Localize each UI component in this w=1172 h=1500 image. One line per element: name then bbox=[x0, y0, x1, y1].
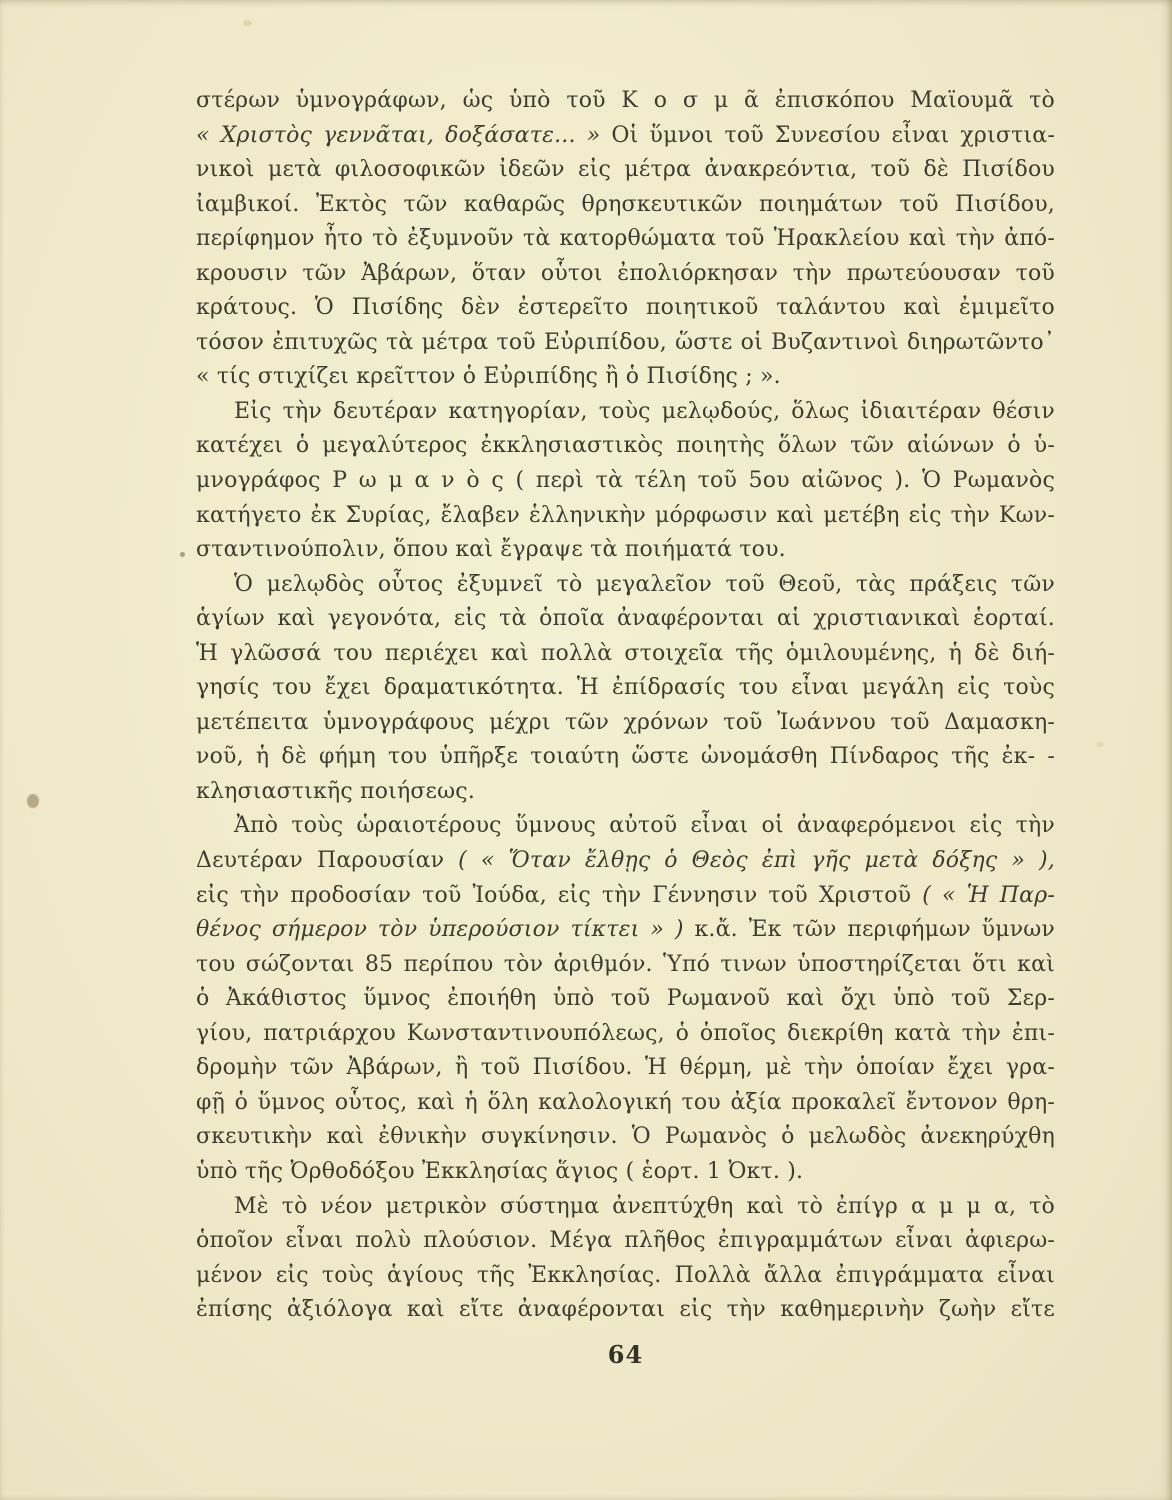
scanned-book-page: στέρων ὑμνογράφων, ὡς ὑπὸ τοῦ Κ ο σ μ ᾶ … bbox=[0, 0, 1172, 1500]
body-text: ὑπὸ τῆς Ὀρθοδόξου Ἐκκλησίας ἅγιος ( ἑορτ… bbox=[196, 1159, 803, 1184]
text-line: μετέπειτα ὑμνογράφους μέχρι τῶν χρόνων τ… bbox=[196, 706, 1055, 741]
text-line: Δευτέραν Παρουσίαν ( « Ὅταν ἔλθῃς ὁ Θεὸς… bbox=[196, 844, 1055, 879]
paper-speck bbox=[27, 794, 39, 808]
text-line: Ἀπὸ τοὺς ὡραιοτέρους ὕμνους αὐτοῦ εἶναι … bbox=[196, 809, 1055, 844]
body-text: Μὲ τὸ νέον μετρικὸν σύστημα ἀνεπτύχθη κα… bbox=[234, 1194, 1055, 1219]
quoted-italic-text: ( « Ἡ Παρ- bbox=[922, 883, 1055, 908]
paper-speck bbox=[243, 20, 252, 26]
text-line: μένον εἰς τοὺς ἁγίους τῆς Ἐκκλησίας. Πολ… bbox=[196, 1259, 1055, 1294]
body-text: του σώζονται 85 περίπου τὸν ἀριθμόν. Ὑπό… bbox=[196, 952, 1055, 977]
text-line: γησίς του ἔχει δραματικότητα. Ἡ ἐπίδρασί… bbox=[196, 671, 1055, 706]
text-line: νικοὶ μετὰ φιλοσοφικῶν ἰδεῶν εἰς μέτρα ἀ… bbox=[196, 153, 1055, 188]
body-text: φῇ ὁ ὕμνος οὗτος, καὶ ἡ ὅλη καλολογική τ… bbox=[196, 1090, 1055, 1115]
text-line: δρομὴν τῶν Ἀβάρων, ἢ τοῦ Πισίδου. Ἡ θέρμ… bbox=[196, 1051, 1055, 1086]
text-line: σκευτικὴν καὶ ἐθνικὴν συγκίνησιν. Ὁ Ρωμα… bbox=[196, 1120, 1055, 1155]
body-text: γίου, πατριάρχου Κωνσταντινουπόλεως, ὁ ὁ… bbox=[196, 1021, 1055, 1046]
text-line: γίου, πατριάρχου Κωνσταντινουπόλεως, ὁ ὁ… bbox=[196, 1017, 1055, 1052]
body-text: δρομὴν τῶν Ἀβάρων, ἢ τοῦ Πισίδου. Ἡ θέρμ… bbox=[196, 1055, 1055, 1080]
paper-speck bbox=[1097, 742, 1104, 747]
text-line: ὁ Ἀκάθιστος ὕμνος ἐποιήθη ὑπὸ τοῦ Ρωμανο… bbox=[196, 982, 1055, 1017]
quoted-italic-text: θένος σήμερον τὸν ὑπερούσιον τίκτει » ) bbox=[196, 917, 684, 942]
text-line: εἰς τὴν προδοσίαν τοῦ Ἰούδα, εἰς τὴν Γέν… bbox=[196, 879, 1055, 914]
text-line: μνογράφος Ρ ω μ α ν ὸ ς ( περὶ τὰ τέλη τ… bbox=[196, 464, 1055, 499]
body-text: μνογράφος Ρ ω μ α ν ὸ ς ( περὶ τὰ τέλη τ… bbox=[196, 468, 1055, 493]
text-line: στέρων ὑμνογράφων, ὡς ὑπὸ τοῦ Κ ο σ μ ᾶ … bbox=[196, 84, 1055, 119]
body-text: μένον εἰς τοὺς ἁγίους τῆς Ἐκκλησίας. Πολ… bbox=[196, 1263, 1055, 1288]
text-line: του σώζονται 85 περίπου τὸν ἀριθμόν. Ὑπό… bbox=[196, 948, 1055, 983]
paper-speck bbox=[180, 552, 185, 557]
body-text: ἰαμβικοί. Ἐκτὸς τῶν καθαρῶς θρησκευτικῶν… bbox=[196, 192, 1055, 217]
body-text: μετέπειτα ὑμνογράφους μέχρι τῶν χρόνων τ… bbox=[196, 710, 1055, 735]
text-line: θένος σήμερον τὸν ὑπερούσιον τίκτει » ) … bbox=[196, 913, 1055, 948]
quoted-italic-text: ( « Ὅταν ἔλθῃς ὁ Θεὸς ἐπὶ γῆς μετὰ δόξης… bbox=[458, 848, 1055, 873]
body-text: « τίς στιχίζει κρεῖττον ὁ Εὐριπίδης ἢ ὁ … bbox=[196, 364, 781, 389]
body-text: τόσον ἐπιτυχῶς τὰ μέτρα τοῦ Εὐριπίδου, ὥ… bbox=[196, 330, 1055, 355]
body-text: κλησιαστικῆς ποιήσεως. bbox=[196, 779, 475, 804]
text-line: κράτους. Ὁ Πισίδης δὲν ἐστερεῖτο ποιητικ… bbox=[196, 291, 1055, 326]
body-text: νικοὶ μετὰ φιλοσοφικῶν ἰδεῶν εἰς μέτρα ἀ… bbox=[196, 157, 1055, 182]
text-line: « τίς στιχίζει κρεῖττον ὁ Εὐριπίδης ἢ ὁ … bbox=[196, 360, 1055, 395]
body-text: νοῦ, ἡ δὲ φήμη του ὑπῆρξε τοιαύτη ὥστε ὠ… bbox=[196, 744, 1055, 769]
body-text: στέρων ὑμνογράφων, ὡς ὑπὸ τοῦ Κ ο σ μ ᾶ … bbox=[196, 88, 1055, 113]
body-text: κράτους. Ὁ Πισίδης δὲν ἐστερεῖτο ποιητικ… bbox=[196, 295, 1055, 320]
text-line: κλησιαστικῆς ποιήσεως. bbox=[196, 775, 1055, 810]
text-line: κατέχει ὁ μεγαλύτερος ἐκκλησιαστικὸς ποι… bbox=[196, 429, 1055, 464]
body-text: Ὁ μελῳδὸς οὗτος ἐξυμνεῖ τὸ μεγαλεῖον τοῦ… bbox=[234, 572, 1055, 597]
text-line: ὁποῖον εἶναι πολὺ πλούσιον. Μέγα πλῆθος … bbox=[196, 1224, 1055, 1259]
quoted-italic-text: « Χριστὸς γεννᾶται, δοξάσατε... » bbox=[196, 123, 600, 148]
text-line: ἐπίσης ἀξιόλογα καὶ εἴτε ἀναφέρονται εἰς… bbox=[196, 1293, 1055, 1328]
body-text: περίφημον ἦτο τὸ ἐξυμνοῦν τὰ κατορθώματα… bbox=[196, 226, 1055, 251]
body-text: κρουσιν τῶν Ἀβάρων, ὅταν οὗτοι ἐπολιόρκη… bbox=[196, 261, 1055, 286]
body-text: ὁ Ἀκάθιστος ὕμνος ἐποιήθη ὑπὸ τοῦ Ρωμανο… bbox=[196, 986, 1055, 1011]
body-text: γησίς του ἔχει δραματικότητα. Ἡ ἐπίδρασί… bbox=[196, 675, 1055, 700]
body-text: Οἱ ὕμνοι τοῦ Συνεσίου εἶναι χριστια- bbox=[600, 123, 1055, 148]
body-text: σκευτικὴν καὶ ἐθνικὴν συγκίνησιν. Ὁ Ρωμα… bbox=[196, 1124, 1055, 1149]
text-line: « Χριστὸς γεννᾶται, δοξάσατε... » Οἱ ὕμν… bbox=[196, 119, 1055, 154]
body-text: ἐπίσης ἀξιόλογα καὶ εἴτε ἀναφέρονται εἰς… bbox=[196, 1297, 1055, 1322]
text-line: φῇ ὁ ὕμνος οὗτος, καὶ ἡ ὅλη καλολογική τ… bbox=[196, 1086, 1055, 1121]
body-text: Εἰς τὴν δευτέραν κατηγορίαν, τοὺς μελῳδο… bbox=[234, 399, 1055, 424]
body-text: Δευτέραν Παρουσίαν bbox=[196, 848, 458, 873]
body-text: εἰς τὴν προδοσίαν τοῦ Ἰούδα, εἰς τὴν Γέν… bbox=[196, 883, 922, 908]
body-text: Ἡ γλῶσσά του περιέχει καὶ πολλὰ στοιχεῖα… bbox=[196, 641, 1055, 666]
body-text: ἁγίων καὶ γεγονότα, εἰς τὰ ὁποῖα ἀναφέρο… bbox=[196, 606, 1055, 631]
text-line: τόσον ἐπιτυχῶς τὰ μέτρα τοῦ Εὐριπίδου, ὥ… bbox=[196, 326, 1055, 361]
text-line: κατήγετο ἐκ Συρίας, ἔλαβεν ἑλληνικὴν μόρ… bbox=[196, 499, 1055, 534]
text-line: κρουσιν τῶν Ἀβάρων, ὅταν οὗτοι ἐπολιόρκη… bbox=[196, 257, 1055, 292]
text-block: στέρων ὑμνογράφων, ὡς ὑπὸ τοῦ Κ ο σ μ ᾶ … bbox=[196, 84, 1055, 1328]
text-line: Μὲ τὸ νέον μετρικὸν σύστημα ἀνεπτύχθη κα… bbox=[196, 1190, 1055, 1225]
page-number: 64 bbox=[196, 1340, 1055, 1369]
text-line: Εἰς τὴν δευτέραν κατηγορίαν, τοὺς μελῳδο… bbox=[196, 395, 1055, 430]
body-text: Ἀπὸ τοὺς ὡραιοτέρους ὕμνους αὐτοῦ εἶναι … bbox=[234, 813, 1055, 838]
text-line: σταντινούπολιν, ὅπου καὶ ἔγραψε τὰ ποιήμ… bbox=[196, 533, 1055, 568]
body-text: κατέχει ὁ μεγαλύτερος ἐκκλησιαστικὸς ποι… bbox=[196, 433, 1055, 458]
body-text: κ.ἄ. Ἐκ τῶν περιφήμων ὕμνων bbox=[684, 917, 1055, 942]
body-text: σταντινούπολιν, ὅπου καὶ ἔγραψε τὰ ποιήμ… bbox=[196, 537, 786, 562]
text-line: ἰαμβικοί. Ἐκτὸς τῶν καθαρῶς θρησκευτικῶν… bbox=[196, 188, 1055, 223]
text-line: Ἡ γλῶσσά του περιέχει καὶ πολλὰ στοιχεῖα… bbox=[196, 637, 1055, 672]
body-text: ὁποῖον εἶναι πολὺ πλούσιον. Μέγα πλῆθος … bbox=[196, 1228, 1055, 1253]
text-line: Ὁ μελῳδὸς οὗτος ἐξυμνεῖ τὸ μεγαλεῖον τοῦ… bbox=[196, 568, 1055, 603]
text-line: νοῦ, ἡ δὲ φήμη του ὑπῆρξε τοιαύτη ὥστε ὠ… bbox=[196, 740, 1055, 775]
text-line: περίφημον ἦτο τὸ ἐξυμνοῦν τὰ κατορθώματα… bbox=[196, 222, 1055, 257]
text-line: ὑπὸ τῆς Ὀρθοδόξου Ἐκκλησίας ἅγιος ( ἑορτ… bbox=[196, 1155, 1055, 1190]
body-text: κατήγετο ἐκ Συρίας, ἔλαβεν ἑλληνικὴν μόρ… bbox=[196, 503, 1055, 528]
text-line: ἁγίων καὶ γεγονότα, εἰς τὰ ὁποῖα ἀναφέρο… bbox=[196, 602, 1055, 637]
